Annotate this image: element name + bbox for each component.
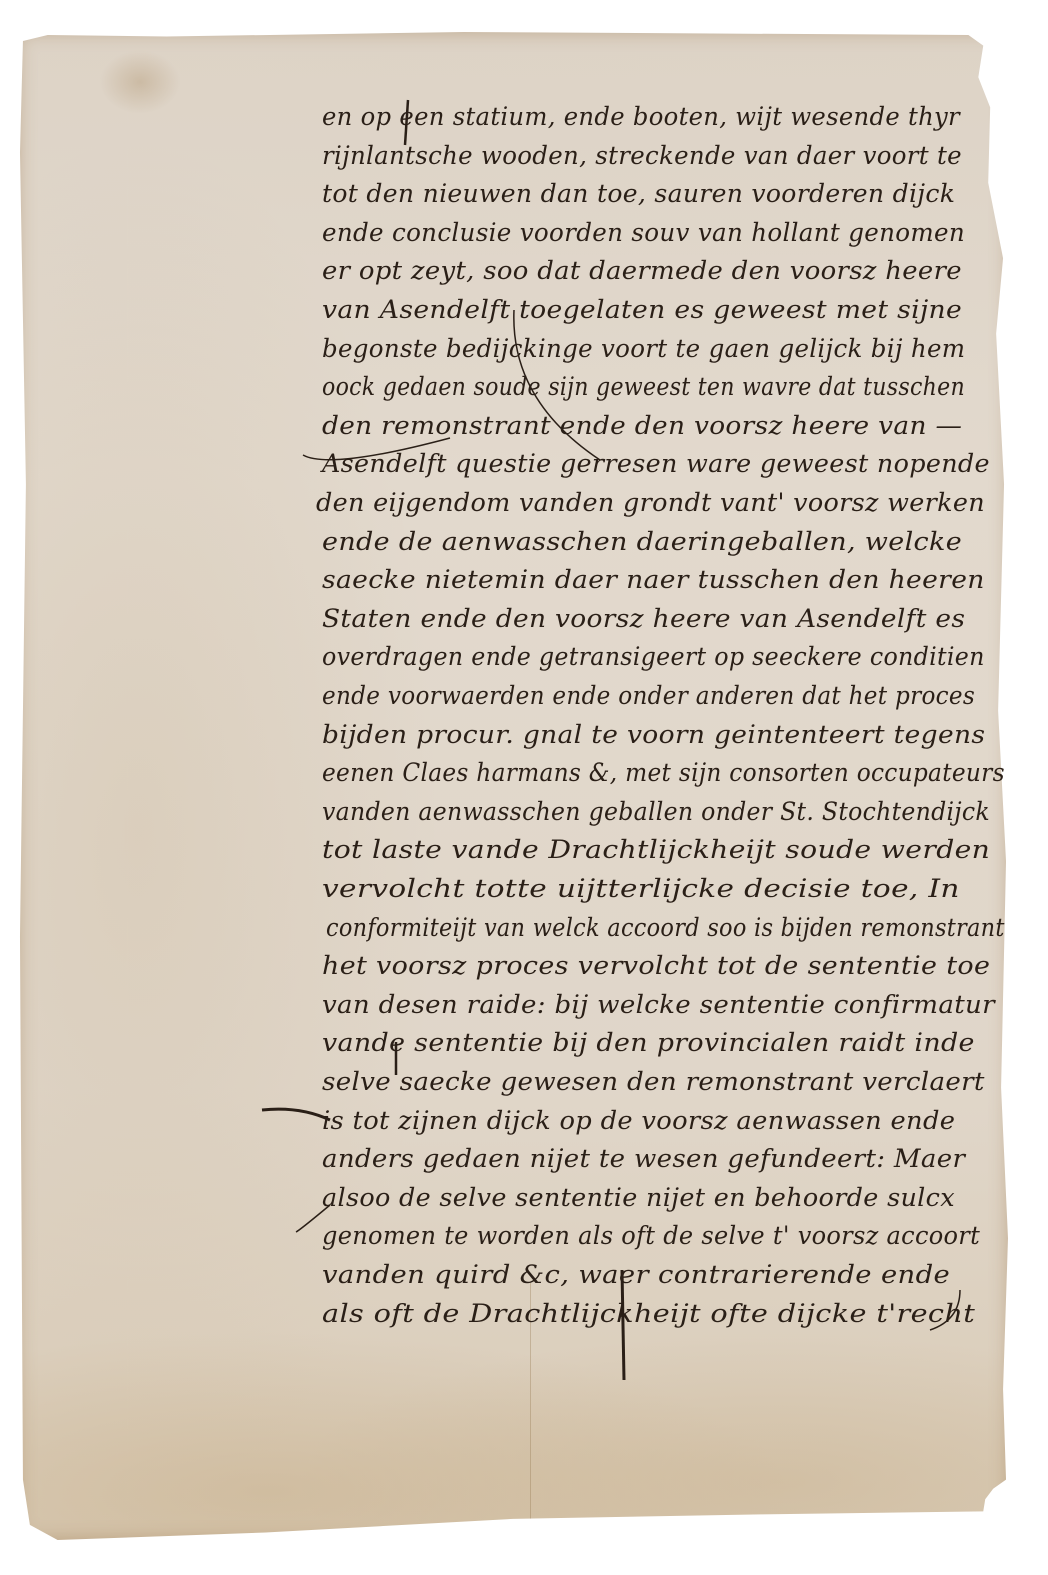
manuscript-line: overdragen ende getransigeert op seecker… [322, 642, 985, 671]
manuscript-line: ende voorwaerden ende onder anderen dat … [322, 681, 975, 710]
manuscript-line: vande sententie bij den provincialen rai… [322, 1028, 975, 1057]
manuscript-line: bijden procur. gnal te voorn geintenteer… [322, 720, 985, 749]
manuscript-line: is tot zijnen dijck op de voorsz aenwass… [322, 1106, 955, 1135]
manuscript-line: vanden quird &c, waer contrarierende end… [322, 1260, 950, 1289]
manuscript-line: den eijgendom vanden grondt vant' voorsz… [316, 488, 985, 517]
manuscript-line: van Asendelft toegelaten es geweest met … [322, 295, 962, 324]
manuscript-line: saecke nietemin daer naer tusschen den h… [322, 565, 985, 594]
manuscript-line: genomen te worden als oft de selve t' vo… [322, 1221, 980, 1250]
manuscript-line: rijnlantsche wooden, streckende van daer… [322, 141, 962, 170]
manuscript-line: alsoo de selve sententie nijet en behoor… [322, 1183, 955, 1212]
manuscript-line: tot den nieuwen dan toe, sauren voordere… [322, 179, 955, 208]
manuscript-line: en op een statium, ende booten, wijt wes… [322, 102, 960, 131]
manuscript-line: als oft de Drachtlijckheijt ofte dijcke … [322, 1299, 975, 1328]
manuscript-line: vervolcht totte uijtterlijcke decisie to… [322, 874, 960, 903]
manuscript-line: het voorsz proces vervolcht tot de sente… [322, 951, 990, 980]
manuscript-line: Asendelft questie gerresen ware geweest … [322, 449, 990, 478]
manuscript-line: selve saecke gewesen den remonstrant ver… [322, 1067, 985, 1096]
manuscript-line: oock gedaen soude sijn geweest ten wavre… [322, 372, 965, 401]
manuscript-line: tot laste vande Drachtlijckheijt soude w… [322, 835, 990, 864]
manuscript-line: den remonstrant ende den voorsz heere va… [322, 411, 962, 440]
manuscript-line: van desen raide: bij welcke sententie co… [322, 990, 995, 1019]
manuscript-line: er opt zeyt, soo dat daermede den voorsz… [322, 256, 962, 285]
manuscript-line: begonste bedijckinge voort te gaen gelij… [322, 334, 965, 363]
manuscript-line: ende conclusie voorden souv van hollant … [322, 218, 965, 247]
manuscript-line: ende de aenwasschen daeringeballen, welc… [322, 527, 962, 556]
manuscript-line: conformiteijt van welck accoord soo is b… [326, 913, 1005, 942]
manuscript-line: anders gedaen nijet te wesen gefundeert:… [322, 1144, 965, 1173]
manuscript-line: vanden aenwasschen geballen onder St. St… [322, 797, 990, 826]
manuscript-line: Staten ende den voorsz heere van Asendel… [322, 604, 965, 633]
manuscript-line: eenen Claes harmans &, met sijn consorte… [322, 758, 1005, 787]
